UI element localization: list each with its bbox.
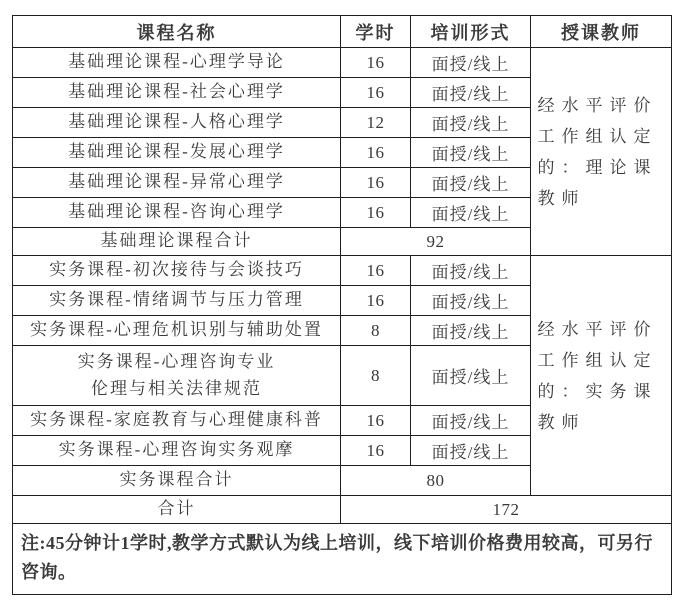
format-cell: 面授/线上 <box>411 198 531 228</box>
course-name-cell: 基础理论课程-异常心理学 <box>13 168 341 198</box>
course-name-cell: 实务课程-心理危机识别与辅助处置 <box>13 316 341 346</box>
hours-cell: 8 <box>341 316 411 346</box>
header-format: 培训形式 <box>411 16 531 48</box>
teacher-text: 经水平评价工作组认定的：理论课教师 <box>538 90 665 214</box>
document-page: 课程名称 学时 培训形式 授课教师 基础理论课程-心理学导论 16 面授/线上 … <box>0 0 688 612</box>
teacher-text: 经水平评价工作组认定的：实务课教师 <box>538 314 665 438</box>
course-name-cell: 基础理论课程-咨询心理学 <box>13 198 341 228</box>
format-cell: 面授/线上 <box>411 138 531 168</box>
course-name-cell: 实务课程-心理咨询实务观摩 <box>13 436 341 466</box>
format-cell: 面授/线上 <box>411 168 531 198</box>
format-cell: 面授/线上 <box>411 256 531 286</box>
hours-cell: 16 <box>341 198 411 228</box>
subtotal-value-cell: 92 <box>341 228 531 256</box>
grand-total-value-cell: 172 <box>341 496 672 524</box>
course-name-cell: 实务课程-家庭教育与心理健康科普 <box>13 406 341 436</box>
format-cell: 面授/线上 <box>411 406 531 436</box>
subtotal-label-cell: 实务课程合计 <box>13 466 341 496</box>
hours-cell: 8 <box>341 346 411 406</box>
teacher-cell-theory: 经水平评价工作组认定的：理论课教师 <box>531 48 672 256</box>
course-name-cell: 基础理论课程-心理学导论 <box>13 48 341 78</box>
course-schedule-table: 课程名称 学时 培训形式 授课教师 基础理论课程-心理学导论 16 面授/线上 … <box>12 15 672 595</box>
hours-cell: 16 <box>341 436 411 466</box>
course-name-cell: 基础理论课程-社会心理学 <box>13 78 341 108</box>
hours-cell: 16 <box>341 286 411 316</box>
header-row: 课程名称 学时 培训形式 授课教师 <box>13 16 672 48</box>
hours-cell: 16 <box>341 138 411 168</box>
format-cell: 面授/线上 <box>411 436 531 466</box>
course-name-cell: 基础理论课程-人格心理学 <box>13 108 341 138</box>
note-text: 注:45分钟计1学时,教学方式默认为线上培训，线下培训价格费用较高，可另行咨询。 <box>13 524 672 595</box>
hours-cell: 16 <box>341 48 411 78</box>
header-teacher: 授课教师 <box>531 16 672 48</box>
hours-cell: 16 <box>341 406 411 436</box>
header-hours: 学时 <box>341 16 411 48</box>
format-cell: 面授/线上 <box>411 108 531 138</box>
hours-cell: 16 <box>341 168 411 198</box>
hours-cell: 16 <box>341 78 411 108</box>
format-cell: 面授/线上 <box>411 316 531 346</box>
course-name-cell: 基础理论课程-发展心理学 <box>13 138 341 168</box>
format-cell: 面授/线上 <box>411 48 531 78</box>
format-cell: 面授/线上 <box>411 346 531 406</box>
format-cell: 面授/线上 <box>411 78 531 108</box>
teacher-cell-practice: 经水平评价工作组认定的：实务课教师 <box>531 256 672 496</box>
grand-total-row: 合计 172 <box>13 496 672 524</box>
course-name-cell: 实务课程-初次接待与会谈技巧 <box>13 256 341 286</box>
hours-cell: 12 <box>341 108 411 138</box>
note-row: 注:45分钟计1学时,教学方式默认为线上培训，线下培训价格费用较高，可另行咨询。 <box>13 524 672 595</box>
course-name-cell: 实务课程-情绪调节与压力管理 <box>13 286 341 316</box>
course-name-cell: 实务课程-心理咨询专业 伦理与相关法律规范 <box>13 346 341 406</box>
header-course-name: 课程名称 <box>13 16 341 48</box>
table-row: 基础理论课程-心理学导论 16 面授/线上 经水平评价工作组认定的：理论课教师 <box>13 48 672 78</box>
grand-total-label-cell: 合计 <box>13 496 341 524</box>
table-row: 实务课程-初次接待与会谈技巧 16 面授/线上 经水平评价工作组认定的：实务课教… <box>13 256 672 286</box>
format-cell: 面授/线上 <box>411 286 531 316</box>
subtotal-value-cell: 80 <box>341 466 531 496</box>
hours-cell: 16 <box>341 256 411 286</box>
subtotal-label-cell: 基础理论课程合计 <box>13 228 341 256</box>
